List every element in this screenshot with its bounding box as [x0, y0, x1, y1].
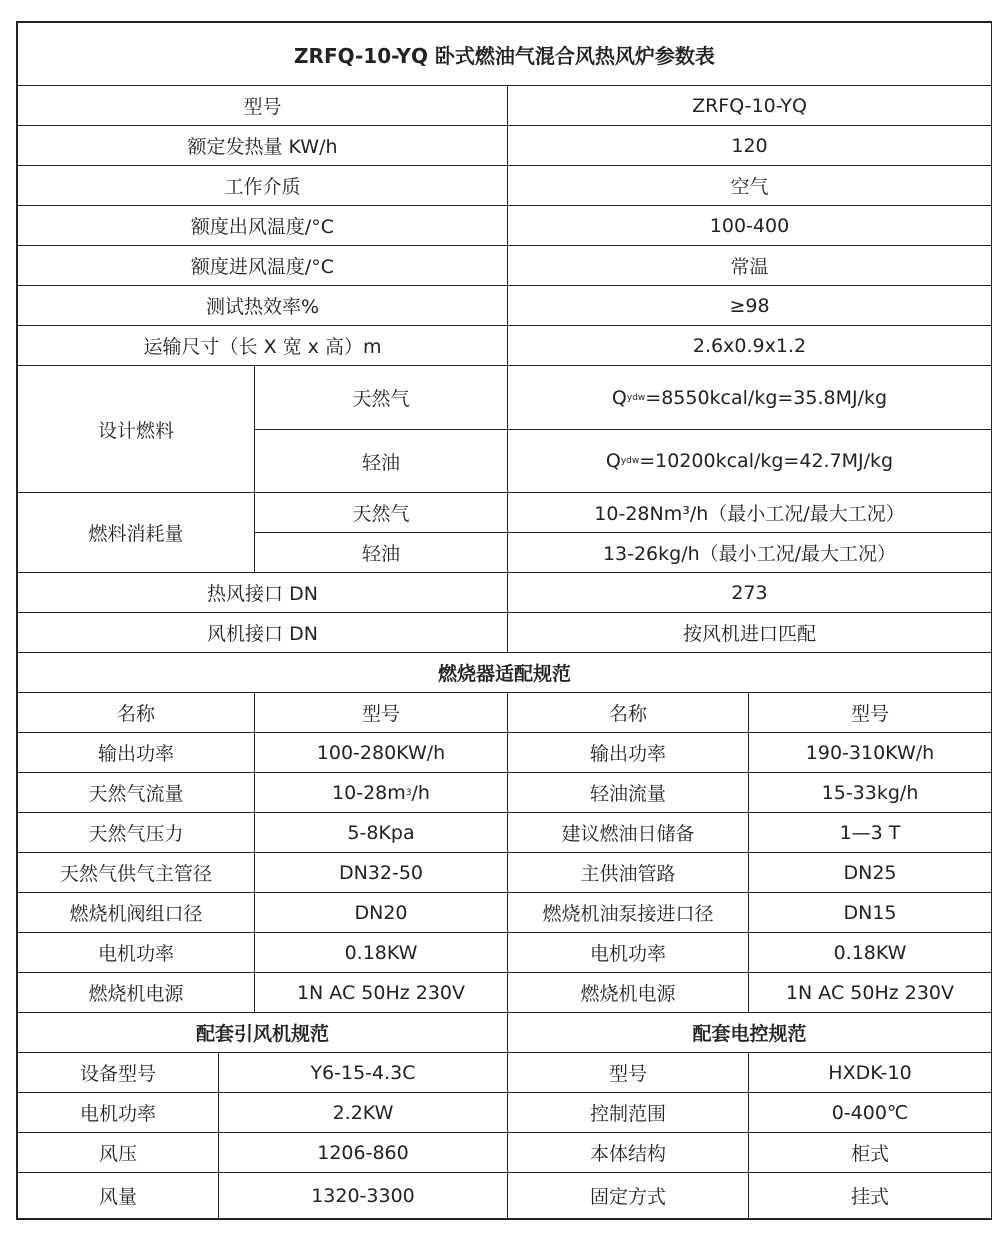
burner-cell: 0.18KW: [254, 932, 508, 973]
burner-cell: 190-310KW/h: [748, 732, 992, 773]
control-label: 本体结构: [507, 1132, 749, 1173]
burner-cell: 1N AC 50Hz 230V: [254, 972, 508, 1013]
fuel-type: 轻油: [254, 429, 508, 493]
burner-cell: 天然气供气主管径: [17, 852, 255, 893]
column-header: 名称: [17, 692, 255, 733]
param-value: ≥98: [507, 285, 992, 326]
param-label: 额定发热量 KW/h: [17, 125, 508, 166]
fuel-type: 天然气: [254, 365, 508, 430]
burner-cell: DN20: [254, 892, 508, 933]
fan-value: 1320-3300: [218, 1172, 508, 1219]
control-section-title: 配套电控规范: [507, 1012, 992, 1053]
table-title: ZRFQ-10-YQ 卧式燃油气混合风热风炉参数表: [17, 22, 992, 86]
connection-label: 风机接口 DN: [17, 612, 508, 653]
fan-label: 设备型号: [17, 1052, 219, 1093]
burner-cell: 燃烧机电源: [17, 972, 255, 1013]
fuel-consumption-label: 燃料消耗量: [17, 492, 255, 573]
control-label: 固定方式: [507, 1172, 749, 1219]
param-value: 2.6x0.9x1.2: [507, 325, 992, 366]
burner-cell: DN32-50: [254, 852, 508, 893]
q-rest: =8550kcal/kg=35.8MJ/kg: [645, 387, 887, 409]
column-header: 名称: [507, 692, 749, 733]
fan-value: 2.2KW: [218, 1092, 508, 1133]
gas-flow-value: 10-28m: [332, 782, 406, 804]
burner-cell: 电机功率: [17, 932, 255, 973]
burner-cell: 天然气流量: [17, 772, 255, 813]
burner-cell: 100-280KW/h: [254, 732, 508, 773]
burner-cell: 天然气压力: [17, 812, 255, 853]
burner-cell: 建议燃油日储备: [507, 812, 749, 853]
burner-cell: 燃烧机油泵接进口径: [507, 892, 749, 933]
param-label: 型号: [17, 85, 508, 126]
param-value: 100-400: [507, 205, 992, 246]
param-label: 运输尺寸（长 X 宽 x 高）m: [17, 325, 508, 366]
burner-cell: 1—3 T: [748, 812, 992, 853]
fuel-heat-value: Qydw=10200kcal/kg=42.7MJ/kg: [507, 429, 992, 493]
param-label: 额度出风温度/°C: [17, 205, 508, 246]
burner-cell: 轻油流量: [507, 772, 749, 813]
burner-cell: 主供油管路: [507, 852, 749, 893]
fan-value: Y6-15-4.3C: [218, 1052, 508, 1093]
param-value: 空气: [507, 165, 992, 206]
connection-value: 273: [507, 572, 992, 613]
fuel-type: 轻油: [254, 532, 508, 573]
burner-cell: DN25: [748, 852, 992, 893]
param-value: 常温: [507, 245, 992, 286]
connection-value: 按风机进口匹配: [507, 612, 992, 653]
burner-section-title: 燃烧器适配规范: [17, 652, 992, 693]
param-label: 额度进风温度/°C: [17, 245, 508, 286]
control-value: 挂式: [748, 1172, 992, 1219]
connection-label: 热风接口 DN: [17, 572, 508, 613]
gas-flow-unit: /h: [412, 782, 430, 804]
q-symbol: Q: [606, 450, 621, 472]
design-fuel-label: 设计燃料: [17, 365, 255, 493]
fan-label: 风量: [17, 1172, 219, 1219]
column-header: 型号: [254, 692, 508, 733]
fuel-consumption-value: 10-28Nm³/h（最小工况/最大工况）: [507, 492, 992, 533]
burner-cell: 燃烧机阀组口径: [17, 892, 255, 933]
column-header: 型号: [748, 692, 992, 733]
burner-cell: 燃烧机电源: [507, 972, 749, 1013]
control-value: 0-400℃: [748, 1092, 992, 1133]
fan-label: 电机功率: [17, 1092, 219, 1133]
burner-cell: 输出功率: [17, 732, 255, 773]
q-rest: =10200kcal/kg=42.7MJ/kg: [639, 450, 893, 472]
burner-cell: 0.18KW: [748, 932, 992, 973]
fuel-type: 天然气: [254, 492, 508, 533]
control-label: 型号: [507, 1052, 749, 1093]
fan-value: 1206-860: [218, 1132, 508, 1173]
param-label: 测试热效率%: [17, 285, 508, 326]
fan-section-title: 配套引风机规范: [17, 1012, 508, 1053]
control-value: HXDK-10: [748, 1052, 992, 1093]
burner-cell: 1N AC 50Hz 230V: [748, 972, 992, 1013]
param-value: 120: [507, 125, 992, 166]
q-symbol: Q: [612, 387, 627, 409]
fan-label: 风压: [17, 1132, 219, 1173]
burner-cell: 15-33kg/h: [748, 772, 992, 813]
burner-cell: DN15: [748, 892, 992, 933]
burner-cell: 输出功率: [507, 732, 749, 773]
param-label: 工作介质: [17, 165, 508, 206]
fuel-consumption-value: 13-26kg/h（最小工况/最大工况）: [507, 532, 992, 573]
param-value: ZRFQ-10-YQ: [507, 85, 992, 126]
fuel-heat-value: Qydw=8550kcal/kg=35.8MJ/kg: [507, 365, 992, 430]
control-value: 柜式: [748, 1132, 992, 1173]
burner-cell: 电机功率: [507, 932, 749, 973]
burner-cell: 5-8Kpa: [254, 812, 508, 853]
control-label: 控制范围: [507, 1092, 749, 1133]
burner-cell: 10-28m3/h: [254, 772, 508, 813]
